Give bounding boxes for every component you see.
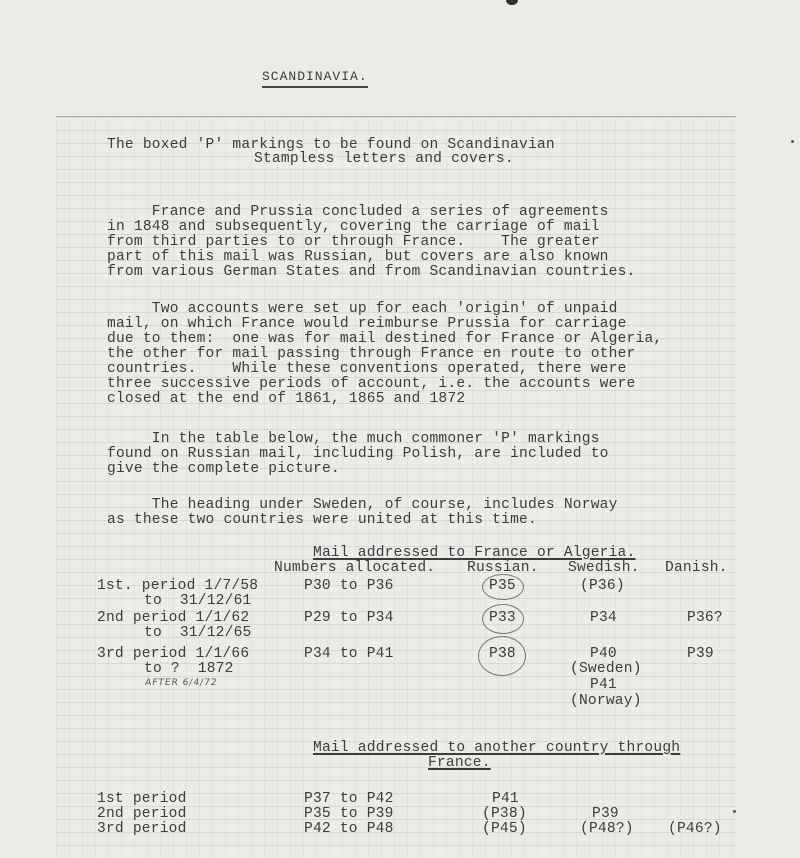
table2-row3-swedish: (P48?) xyxy=(580,823,634,836)
table1-row3-norway-country: (Norway) xyxy=(570,695,642,708)
table1-row3-numbers: P34 to P41 xyxy=(304,648,394,661)
paper-speck xyxy=(791,140,794,143)
table1-row2-period: 2nd period 1/1/62 xyxy=(97,612,249,625)
table2-row3-numbers: P42 to P48 xyxy=(304,823,394,836)
table1-row3-danish: P39 xyxy=(687,648,714,661)
paper-sheet: SCANDINAVIA. The boxed 'P' markings to b… xyxy=(0,0,800,858)
subtitle-line-1: The boxed 'P' markings to be found on Sc… xyxy=(107,138,555,152)
paragraph-1-line-5: from various German States and from Scan… xyxy=(107,265,636,281)
subtitle-line-2: Stampless letters and covers. xyxy=(254,152,514,166)
circle-marking xyxy=(482,604,524,634)
table1-row3-period: 3rd period 1/1/66 xyxy=(97,648,249,661)
document-title: SCANDINAVIA. xyxy=(262,70,368,88)
table1-row3-period-end: to ? 1872 xyxy=(144,663,234,676)
table1-row3-norway-marking: P41 xyxy=(590,679,617,692)
table2-heading-line-2: France. xyxy=(428,757,491,770)
table2-row2-period: 2nd period xyxy=(97,808,187,821)
table2-row2-numbers: P35 to P39 xyxy=(304,808,394,821)
table2-row3-russian: (P45) xyxy=(482,823,527,836)
table1-row2-swedish: P34 xyxy=(590,612,617,625)
table1-heading: Mail addressed to France or Algeria. xyxy=(313,547,635,560)
table1-row2-numbers: P29 to P34 xyxy=(304,612,394,625)
paper-speck xyxy=(733,810,736,813)
table2-row3-danish: (P46?) xyxy=(668,823,722,836)
table2-row3-period: 3rd period xyxy=(97,823,187,836)
table1-row3-swedish-country: (Sweden) xyxy=(570,663,642,676)
handwritten-note: AFTER 6/4/72 xyxy=(144,678,218,688)
table2-row2-swedish: P39 xyxy=(592,808,619,821)
table2-row1-numbers: P37 to P42 xyxy=(304,793,394,806)
table2-heading-line-1: Mail addressed to another country throug… xyxy=(313,742,680,755)
paragraph-3-line-3: give the complete picture. xyxy=(107,462,340,478)
table1-row1-numbers: P30 to P36 xyxy=(304,580,394,593)
table1-col-numbers: Numbers allocated. xyxy=(274,562,435,575)
table1-col-swedish: Swedish. xyxy=(568,562,640,575)
paper-mark xyxy=(506,0,518,5)
table1-row1-period-end: to 31/12/61 xyxy=(144,595,252,608)
paragraph-2-line-7: closed at the end of 1861, 1865 and 1872 xyxy=(107,392,465,408)
table1-row3-swedish: P40 xyxy=(590,648,617,661)
table1-row2-period-end: to 31/12/65 xyxy=(144,627,252,640)
circle-marking xyxy=(478,636,526,676)
table2-row1-period: 1st period xyxy=(97,793,187,806)
table1-row2-danish: P36? xyxy=(687,612,723,625)
paragraph-4-line-2: as these two countries were united at th… xyxy=(107,513,537,529)
table1-col-danish: Danish. xyxy=(665,562,728,575)
circle-marking xyxy=(482,574,524,600)
table2-row1-russian: P41 xyxy=(492,793,519,806)
table2-row2-russian: (P38) xyxy=(482,808,527,821)
table1-row1-swedish: (P36) xyxy=(580,580,625,593)
table1-row1-period: 1st. period 1/7/58 xyxy=(97,580,258,593)
